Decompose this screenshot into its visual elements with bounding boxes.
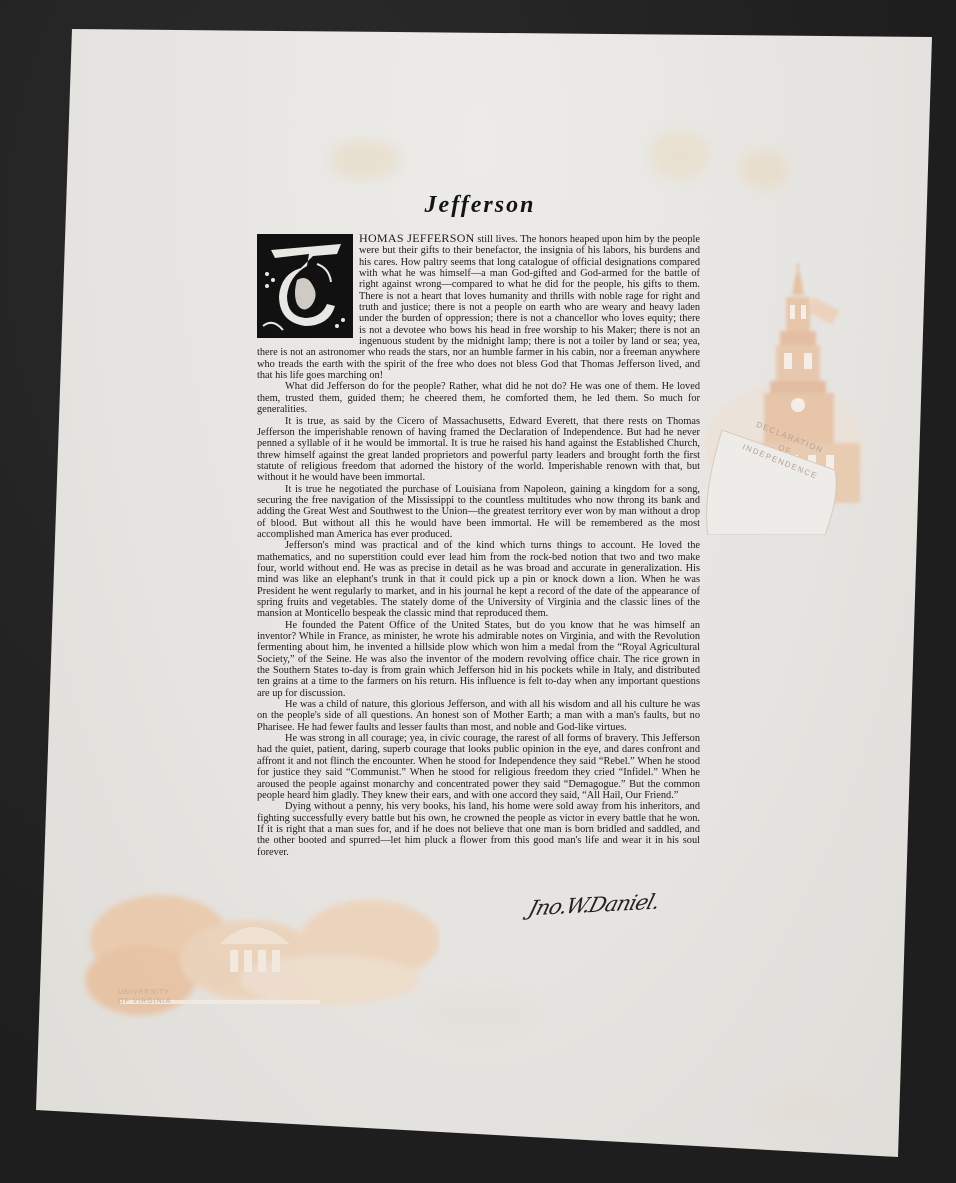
paragraph-9: Dying without a penny, his very books, h…	[257, 801, 700, 858]
paragraph-8: He was strong in all courage; yea, in ci…	[257, 733, 700, 801]
paragraph-6: He founded the Patent Office of the Unit…	[257, 620, 700, 699]
ornamental-drop-cap	[257, 234, 353, 338]
independence-hall-illustration	[700, 255, 870, 535]
paragraph-4: It is true he negotiated the purchase of…	[257, 484, 700, 541]
article-body: HOMAS JEFFERSON still lives. The honors …	[257, 233, 700, 858]
lead-caps: HOMAS JEFFERSON	[359, 231, 475, 245]
paragraph-2: What did Jefferson do for the people? Ra…	[257, 381, 700, 415]
foxing-stain	[650, 130, 710, 180]
university-caption: UNIVERSITY OF VIRGINIA	[118, 988, 171, 1006]
paragraph-3: It is true, as said by the Cicero of Mas…	[257, 416, 700, 484]
page-title: Jefferson	[250, 192, 710, 219]
author-signature: Jno.W.Daniel.	[526, 890, 662, 921]
paragraph-7: He was a child of nature, this glorious …	[257, 699, 700, 733]
foxing-stain	[740, 150, 790, 190]
foxing-stain	[760, 1090, 850, 1130]
paragraph-1: HOMAS JEFFERSON still lives. The honors …	[257, 233, 700, 381]
printed-page: DECLARATION OF INDEPENDENCE UNIVERSITY O…	[0, 0, 956, 1183]
university-rotunda-illustration	[80, 880, 440, 1040]
foxing-stain	[330, 140, 400, 180]
paragraph-5: Jefferson's mind was practical and of th…	[257, 540, 700, 619]
